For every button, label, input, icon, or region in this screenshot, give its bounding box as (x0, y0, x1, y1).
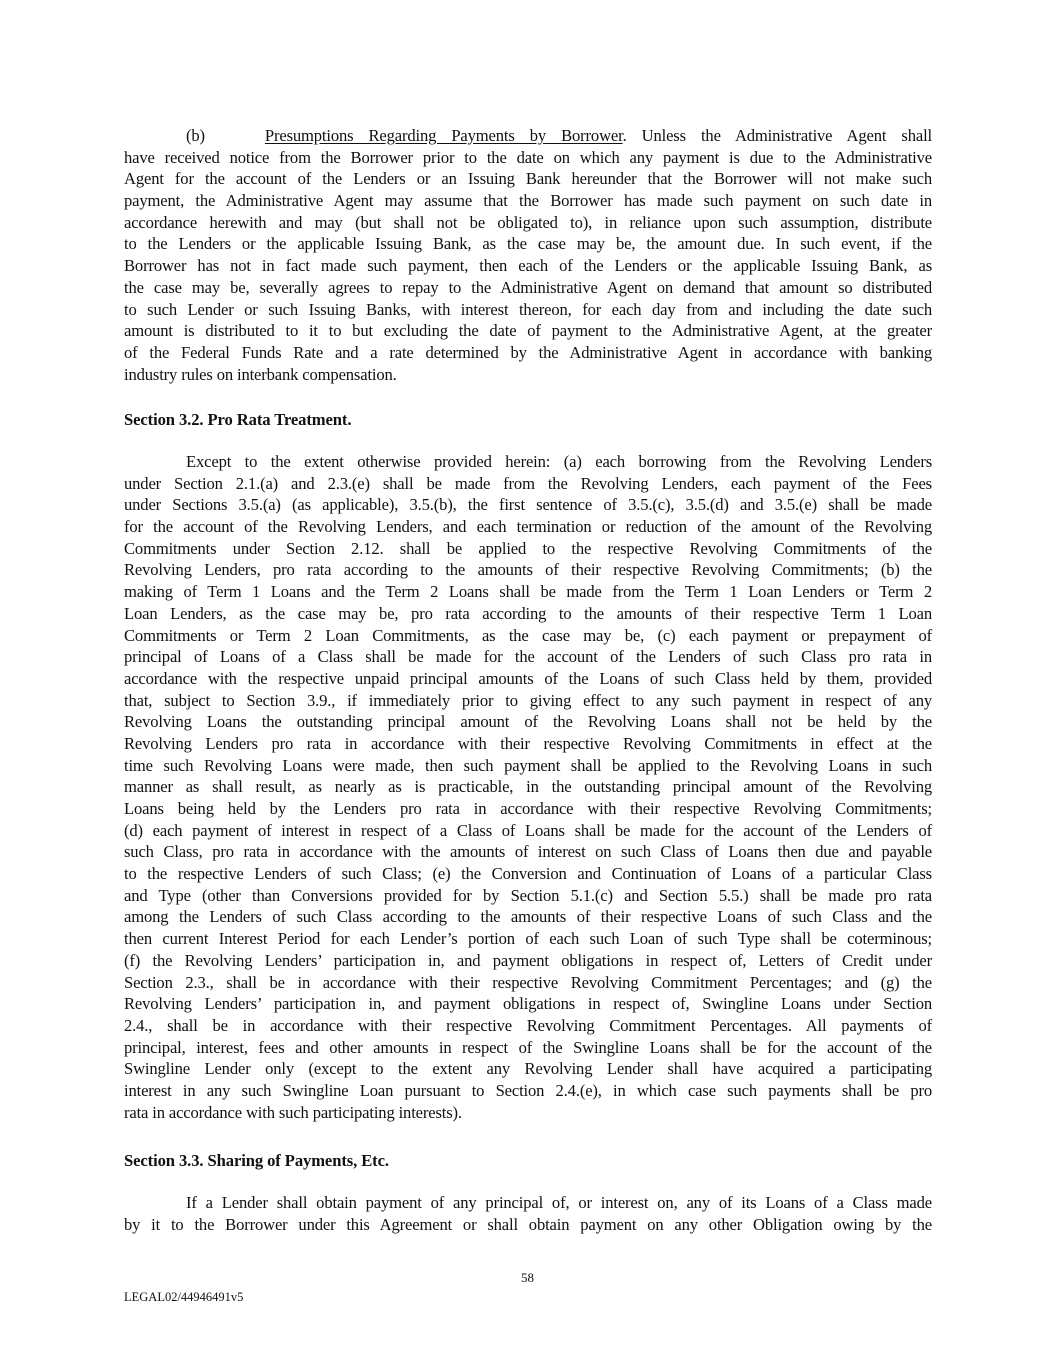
text-line: Loan Lenders, as the case may be, pro ra… (124, 603, 932, 625)
text-line: for the account of the Revolving Lenders… (124, 516, 932, 538)
text-line: to such Lender or such Issuing Banks, wi… (124, 299, 932, 321)
section-3-3-body: If a Lender shall obtain payment of any … (124, 1192, 932, 1235)
text-line: such Class, pro rata in accordance with … (124, 841, 932, 863)
text-line: rata in accordance with such participati… (124, 1102, 932, 1124)
text-line: have received notice from the Borrower p… (124, 147, 932, 169)
text-line: Loans being held by the Lenders pro rata… (124, 798, 932, 820)
text-line: amount is distributed to it to but exclu… (124, 320, 932, 342)
section-heading-3-2: Section 3.2. Pro Rata Treatment. (124, 409, 351, 431)
text-line: the case may be, severally agrees to rep… (124, 277, 932, 299)
text-line: under Sections 3.5.(a) (as applicable), … (124, 494, 932, 516)
text-line: accordance with the respective unpaid pr… (124, 668, 932, 690)
page-number: 58 (0, 1270, 1055, 1286)
text-line: under Section 2.1.(a) and 2.3.(e) shall … (124, 473, 932, 495)
text-line: (d) each payment of interest in respect … (124, 820, 932, 842)
text-line: principal, interest, fees and other amou… (124, 1037, 932, 1059)
text-line: interest in any such Swingline Loan purs… (124, 1080, 932, 1102)
text-line: then current Interest Period for each Le… (124, 928, 932, 950)
paragraph-title: Presumptions Regarding Payments by Borro… (265, 126, 623, 145)
text-line: If a Lender shall obtain payment of any … (124, 1192, 932, 1214)
text-line: Revolving Loans the outstanding principa… (124, 711, 932, 733)
text-line: Section 2.3., shall be in accordance wit… (124, 972, 932, 994)
text-line: by it to the Borrower under this Agreeme… (124, 1214, 932, 1236)
text-line: accordance herewith and may (but shall n… (124, 212, 932, 234)
text-line: Commitments or Term 2 Loan Commitments, … (124, 625, 932, 647)
text-line: Commitments under Section 2.12. shall be… (124, 538, 932, 560)
text-line: to the respective Lenders of such Class;… (124, 863, 932, 885)
section-3-2-body: Except to the extent otherwise provided … (124, 451, 932, 1123)
text-line: principal of Loans of a Class shall be m… (124, 646, 932, 668)
document-id: LEGAL02/44946491v5 (124, 1289, 243, 1305)
text-line: Except to the extent otherwise provided … (124, 451, 932, 473)
text-line: Swingline Lender only (except to the ext… (124, 1058, 932, 1080)
paragraph-first-line: (b)Presumptions Regarding Payments by Bo… (124, 125, 932, 147)
paragraph-label: (b) (186, 126, 205, 145)
text-line: manner as shall result, as nearly as is … (124, 776, 932, 798)
text-line: Revolving Lenders, pro rata according to… (124, 559, 932, 581)
text-line: among the Lenders of such Class accordin… (124, 906, 932, 928)
text-line: of the Federal Funds Rate and a rate det… (124, 342, 932, 364)
text-line: 2.4., shall be in accordance with their … (124, 1015, 932, 1037)
text-line: that, subject to Section 3.9., if immedi… (124, 690, 932, 712)
text-line: and Type (other than Conversions provide… (124, 885, 932, 907)
document-page: (b)Presumptions Regarding Payments by Bo… (0, 0, 1055, 1365)
text-line: payment, the Administrative Agent may as… (124, 190, 932, 212)
text-line: Revolving Lenders’ participation in, and… (124, 993, 932, 1015)
text-line: (f) the Revolving Lenders’ participation… (124, 950, 932, 972)
text-line: Agent for the account of the Lenders or … (124, 168, 932, 190)
text-line: time such Revolving Loans were made, the… (124, 755, 932, 777)
text-line: Borrower has not in fact made such payme… (124, 255, 932, 277)
paragraph-presumptions-regarding-payments: (b)Presumptions Regarding Payments by Bo… (124, 125, 932, 385)
text-line: making of Term 1 Loans and the Term 2 Lo… (124, 581, 932, 603)
text-line: industry rules on interbank compensation… (124, 364, 932, 386)
text-line: Revolving Lenders pro rata in accordance… (124, 733, 932, 755)
text-line: to the Lenders or the applicable Issuing… (124, 233, 932, 255)
section-heading-3-3: Section 3.3. Sharing of Payments, Etc. (124, 1150, 389, 1172)
